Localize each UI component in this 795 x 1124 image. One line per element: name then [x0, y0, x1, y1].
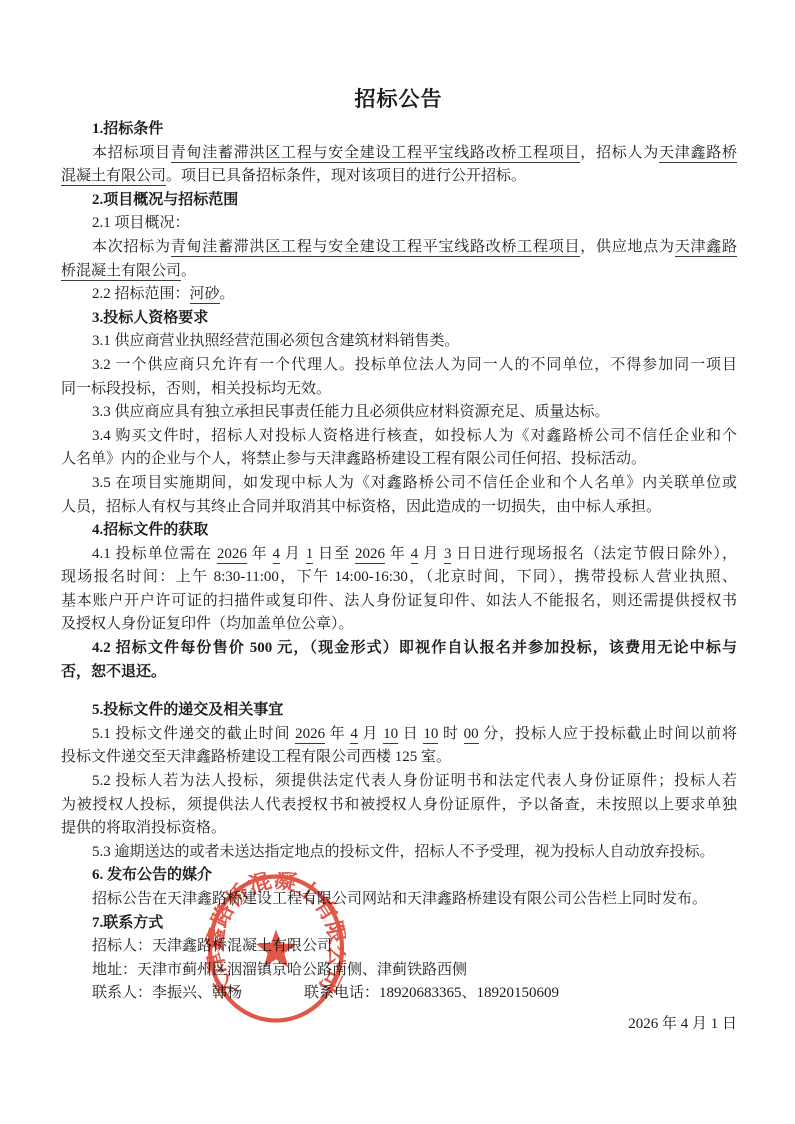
text-segment: 及授权人身份证复印件（均加盖单位公章）。	[61, 616, 354, 632]
underlined-text: 桥混凝土有限公司	[61, 263, 181, 281]
underlined-text: 10	[383, 726, 398, 744]
doc-line-18: 4.招标文件的获取	[61, 519, 737, 543]
text-segment: 年	[385, 546, 411, 562]
text-segment: 为被授权人投标，须提供法人代表授权书和被授权人身份证原件，予以备查，未按照以上要…	[61, 797, 737, 813]
text-segment: 。	[220, 286, 235, 302]
underlined-text: 2026	[217, 546, 247, 564]
text-segment: 基本账户开户许可证的扫描件或复印件、法人身份证复印件、如法人不能报名，则还需提供…	[61, 593, 737, 609]
doc-line-3: 混凝土有限公司。项目已具备招标条件，现对该项目的进行公开招标。	[61, 165, 737, 189]
doc-line-36: 招标人：天津鑫路桥混凝土有限公司	[61, 935, 737, 959]
text-segment: 2.项目概况与招标范围	[92, 192, 238, 208]
doc-line-13: 3.3 供应商应具有独立承担民事责任能力且必须供应材料资源充足、质量达标。	[61, 401, 737, 425]
doc-line-22: 及授权人身份证复印件（均加盖单位公章）。	[61, 613, 737, 637]
doc-line-32: 5.3 逾期送达的或者未送达指定地点的投标文件，招标人不予受理，视为投标人自动放…	[61, 841, 737, 865]
underlined-text: 天津鑫路桥	[659, 145, 737, 163]
text-segment: 本次招标为	[92, 239, 171, 255]
doc-line-34: 招标公告在天津鑫路桥建设工程有限公司网站和天津鑫路桥建设有限公司公告栏上同时发布…	[61, 888, 737, 912]
text-segment: 否，恕不退还。	[61, 664, 166, 680]
text-segment: 。项目已具备招标条件，现对该项目的进行公开招标。	[166, 168, 526, 184]
text-segment: 同一标段投标，否则，相关投标均无效。	[61, 381, 331, 397]
underlined-text: 2026	[295, 726, 325, 744]
document-date: 2026 年 4 月 1 日	[61, 1013, 737, 1037]
doc-line-1: 1.招标条件	[61, 118, 737, 142]
text-segment: 提供的将取消投标资格。	[61, 820, 226, 836]
doc-line-20: 现场报名时间：上午 8:30-11:00，下午 14:00-16:30，（北京时…	[61, 566, 737, 590]
text-segment: ，招标人为	[580, 145, 659, 161]
doc-line-7: 桥混凝土有限公司。	[61, 260, 737, 284]
text-segment: 年	[247, 546, 273, 562]
doc-line-37: 地址：天津市蓟州区洇溜镇京哈公路南侧、津蓟铁路西侧	[61, 959, 737, 983]
page-title: 招标公告	[61, 86, 736, 112]
text-segment: 2.1 项目概况：	[92, 215, 190, 231]
doc-line-9: 3.投标人资格要求	[61, 307, 737, 331]
doc-line-17: 人员，招标人有权与其终止合同并取消其中标资格，因此造成的一切损失，由中标人承担。	[61, 496, 737, 520]
text-segment: 1.招标条件	[92, 121, 163, 137]
text-segment: 5.投标文件的递交及相关事宜	[92, 702, 283, 718]
doc-line-11: 3.2 一个供应商只允许有一个代理人。投标单位法人为同一人的不同单位，不得参加同…	[61, 354, 737, 378]
text-segment: 年	[325, 726, 350, 742]
text-segment: 5.1 投标文件递交的截止时间	[92, 726, 295, 742]
doc-line-10: 3.1 供应商营业执照经营范围必须包含建筑材料销售类。	[61, 330, 737, 354]
text-segment: 3.4 购买文件时，招标人对投标人资格进行核查，如投标人为《对鑫路桥公司不信任企…	[92, 428, 737, 444]
text-segment: 2.2 招标范围：	[92, 286, 190, 302]
doc-line-21: 基本账户开户许可证的扫描件或复印件、法人身份证复印件、如法人不能报名，则还需提供…	[61, 590, 737, 614]
doc-line-16: 3.5 在项目实施期间，如发现中标人为《对鑫路桥公司不信任企业和个人名单》内关联…	[61, 472, 737, 496]
doc-line-25	[61, 684, 737, 699]
text-segment: 日至	[313, 546, 355, 562]
text-segment: 4.2 招标文件每份售价 500 元，（现金形式）即视作自认报名并参加投标，该费…	[92, 640, 737, 656]
text-segment: 本招标项目	[92, 145, 171, 161]
doc-line-24: 否，恕不退还。	[61, 661, 737, 685]
doc-line-30: 为被授权人投标，须提供法人代表授权书和被授权人身份证原件，予以备查，未按照以上要…	[61, 794, 737, 818]
document-page: 招标公告 1.招标条件本招标项目青甸洼蓄滞洪区工程与安全建设工程平宝线路改桥工程…	[0, 0, 795, 1124]
underlined-text: 00	[464, 726, 479, 744]
text-segment: 月	[418, 546, 444, 562]
underlined-text: 天津鑫路	[675, 239, 737, 257]
text-segment: 5.2 投标人若为法人投标，须提供法定代表人身份证明书和法定代表人身份证原件；投…	[92, 773, 737, 789]
text-segment: 地址：天津市蓟州区洇溜镇京哈公路南侧、津蓟铁路西侧	[92, 962, 467, 978]
underlined-text: 青甸洼蓄滞洪区工程与安全建设工程平宝线路改桥工程项目	[171, 145, 580, 163]
text-segment: 月	[358, 726, 383, 742]
doc-line-29: 5.2 投标人若为法人投标，须提供法定代表人身份证明书和法定代表人身份证原件；投…	[61, 770, 737, 794]
text-segment: 4.招标文件的获取	[92, 522, 208, 538]
text-segment: 3.1 供应商营业执照经营范围必须包含建筑材料销售类。	[92, 333, 460, 349]
underlined-text: 4	[273, 546, 281, 564]
underlined-text: 10	[423, 726, 438, 744]
text-segment: 分，投标人应于投标截止时间以前将	[479, 726, 737, 742]
doc-line-33: 6. 发布公告的媒介	[61, 864, 737, 888]
text-segment: 联系人：李振兴、韩杨	[92, 985, 242, 1001]
text-segment: 3.2 一个供应商只允许有一个代理人。投标单位法人为同一人的不同单位，不得参加同…	[92, 357, 737, 373]
text-segment: 6. 发布公告的媒介	[92, 867, 212, 883]
underlined-text: 青甸洼蓄滞洪区工程与安全建设工程平宝线路改桥工程项目	[171, 239, 580, 257]
text-segment: 人员，招标人有权与其终止合同并取消其中标资格，因此造成的一切损失，由中标人承担。	[61, 499, 661, 515]
doc-line-38: 联系人：李振兴、韩杨联系电话：18920683365、18920150609	[61, 982, 737, 1006]
text-segment: 月	[280, 546, 306, 562]
doc-line-15: 人名单》内的企业与个人，将禁止参与天津鑫路桥建设工程有限公司任何招、投标活动。	[61, 448, 737, 472]
text-segment: 3.5 在项目实施期间，如发现中标人为《对鑫路桥公司不信任企业和个人名单》内关联…	[92, 475, 737, 491]
text-segment: 时	[438, 726, 463, 742]
doc-line-12: 同一标段投标，否则，相关投标均无效。	[61, 378, 737, 402]
text-segment: 现场报名时间：上午 8:30-11:00，下午 14:00-16:30，（北京时…	[61, 569, 737, 585]
text-segment: 联系电话：18920683365、18920150609	[304, 985, 559, 1001]
text-segment: 5.3 逾期送达的或者未送达指定地点的投标文件，招标人不予受理，视为投标人自动放…	[92, 844, 715, 860]
underlined-text: 河砂	[190, 286, 220, 304]
text-segment: 日日进行现场报名（法定节假日除外），	[451, 546, 737, 562]
document-lines: 1.招标条件本招标项目青甸洼蓄滞洪区工程与安全建设工程平宝线路改桥工程项目，招标…	[61, 118, 737, 1006]
text-segment: 4.1 投标单位需在	[92, 546, 217, 562]
doc-line-8: 2.2 招标范围：河砂。	[61, 283, 737, 307]
doc-line-23: 4.2 招标文件每份售价 500 元，（现金形式）即视作自认报名并参加投标，该费…	[61, 637, 737, 661]
text-segment: 。	[181, 263, 196, 279]
text-segment: 3.投标人资格要求	[92, 310, 208, 326]
doc-line-35: 7.联系方式	[61, 912, 737, 936]
text-segment: ，供应地点为	[580, 239, 675, 255]
doc-line-6: 本次招标为青甸洼蓄滞洪区工程与安全建设工程平宝线路改桥工程项目，供应地点为天津鑫…	[61, 236, 737, 260]
doc-line-2: 本招标项目青甸洼蓄滞洪区工程与安全建设工程平宝线路改桥工程项目，招标人为天津鑫路…	[61, 142, 737, 166]
text-segment: 招标公告在天津鑫路桥建设工程有限公司网站和天津鑫路桥建设有限公司公告栏上同时发布…	[92, 891, 707, 907]
text-segment: 7.联系方式	[92, 915, 163, 931]
doc-line-31: 提供的将取消投标资格。	[61, 817, 737, 841]
text-segment: 招标人：天津鑫路桥混凝土有限公司	[92, 938, 332, 954]
doc-line-5: 2.1 项目概况：	[61, 212, 737, 236]
underlined-text: 混凝土有限公司	[61, 168, 166, 186]
doc-line-14: 3.4 购买文件时，招标人对投标人资格进行核查，如投标人为《对鑫路桥公司不信任企…	[61, 425, 737, 449]
underlined-text: 4	[350, 726, 358, 744]
text-segment: 人名单》内的企业与个人，将禁止参与天津鑫路桥建设工程有限公司任何招、投标活动。	[61, 451, 646, 467]
doc-line-26: 5.投标文件的递交及相关事宜	[61, 699, 737, 723]
doc-line-28: 投标文件递交至天津鑫路桥建设工程有限公司西楼 125 室。	[61, 746, 737, 770]
doc-line-19: 4.1 投标单位需在 2026 年 4 月 1 日至 2026 年 4 月 3 …	[61, 543, 737, 567]
doc-line-4: 2.项目概况与招标范围	[61, 189, 737, 213]
text-segment: 投标文件递交至天津鑫路桥建设工程有限公司西楼 125 室。	[61, 749, 451, 765]
text-segment: 3.3 供应商应具有独立承担民事责任能力且必须供应材料资源充足、质量达标。	[92, 404, 610, 420]
underlined-text: 2026	[355, 546, 385, 564]
text-segment: 日	[398, 726, 423, 742]
doc-line-27: 5.1 投标文件递交的截止时间 2026 年 4 月 10 日 10 时 00 …	[61, 723, 737, 747]
